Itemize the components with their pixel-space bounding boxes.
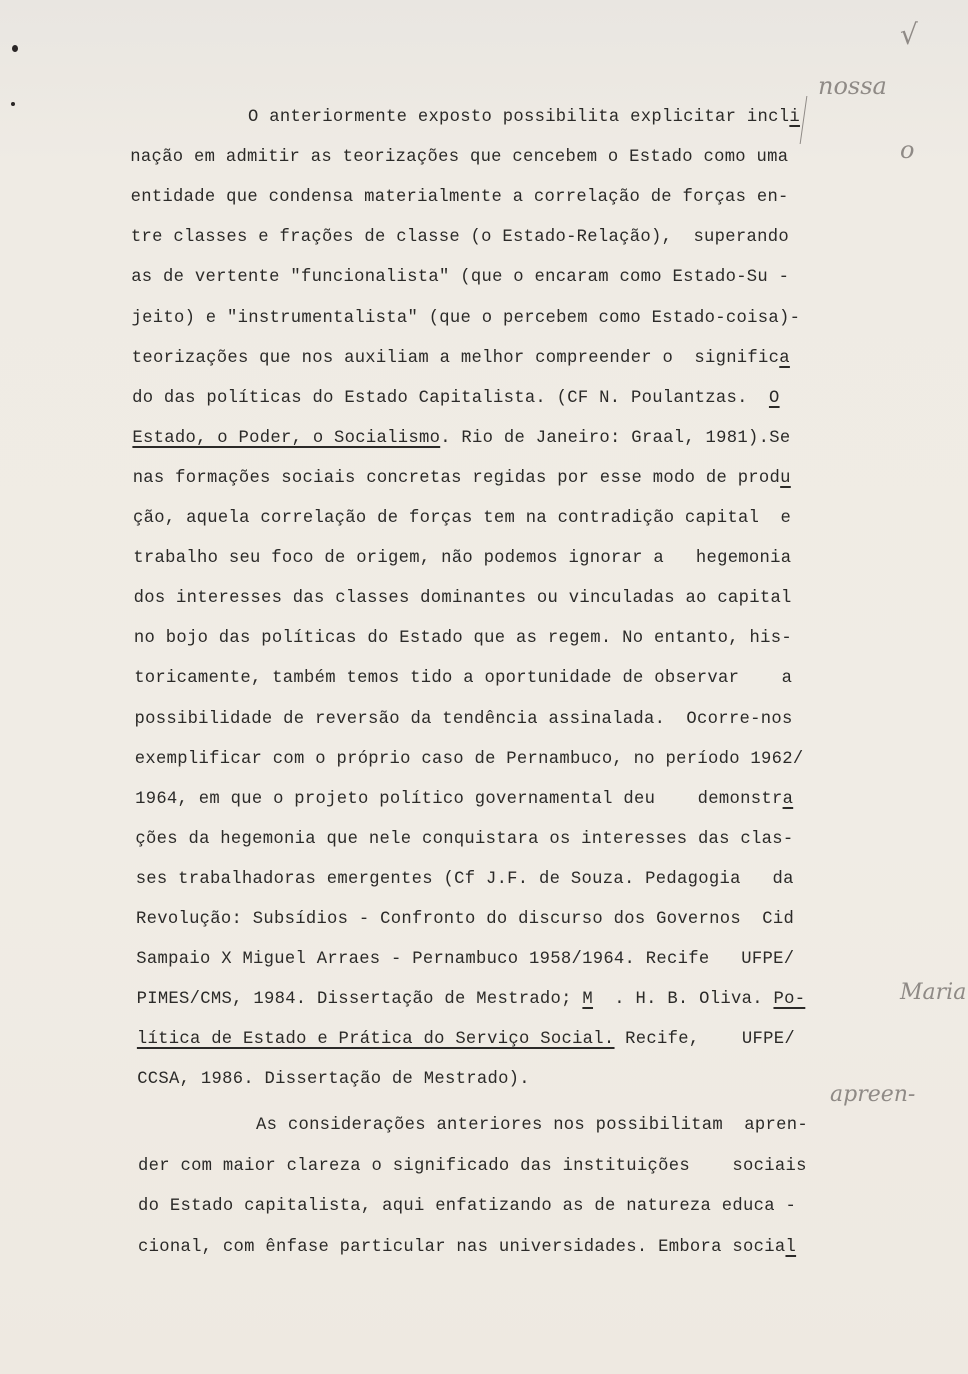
text-line: as de vertente "funcionalista" (que o en… <box>131 268 789 288</box>
text-line: teorizações que nos auxiliam a melhor co… <box>132 349 790 369</box>
text-segment: do Estado capitalista, aqui enfatizando … <box>138 1197 796 1216</box>
text-segment: O anteriormente exposto possibilita expl… <box>248 108 747 127</box>
text-line: ções da hegemonia que nele conquistara o… <box>135 830 793 850</box>
underlined-text: l <box>785 1238 796 1257</box>
text-line: possibilidade de reversão da tendência a… <box>135 710 793 730</box>
text-segment: ções da hegemonia que nele conquistara o… <box>135 830 793 849</box>
binder-hole-mark <box>12 45 18 52</box>
text-segment: ses trabalhadoras emergentes (Cf J.F. de… <box>136 870 794 889</box>
text-line: Sampaio X Miguel Arraes - Pernambuco 195… <box>136 950 794 970</box>
text-segment: Sampaio X Miguel Arraes - Pernambuco 195… <box>136 950 794 969</box>
underlined-text: u <box>780 469 791 488</box>
text-line: trabalho seu foco de origem, não podemos… <box>133 549 791 569</box>
text-segment: 1964, em que o projeto político governam… <box>135 790 782 809</box>
text-segment: toricamente, também temos tido a oportun… <box>134 669 792 688</box>
text-segment: jeito) e "instrumentalista" (que o perce… <box>132 309 801 328</box>
text-segment: cional, com ênfase particular nas univer… <box>138 1238 785 1257</box>
text-segment: trabalho seu foco de origem, não podemos… <box>133 549 791 568</box>
text-segment: As considerações anteriores nos possibil… <box>256 1116 808 1135</box>
text-line: no bojo das políticas do Estado que as r… <box>134 629 792 649</box>
text-segment: Revolução: Subsídios - Confronto do disc… <box>136 910 794 929</box>
handwritten-maria: Maria <box>900 980 966 1005</box>
handwritten-o-correction: o <box>900 136 914 164</box>
text-segment: as de vertente "funcionalista" (que o en… <box>131 268 789 287</box>
handwritten-nossa: nossa <box>818 72 887 100</box>
text-line: cional, com ênfase particular nas univer… <box>138 1238 796 1258</box>
text-segment: nação em admitir as teorizações que cenc… <box>130 148 788 167</box>
text-segment: possibilidade de reversão da tendência a… <box>135 710 793 729</box>
text-segment: . Rio de Janeiro: Graal, 1981).Se <box>440 429 790 448</box>
text-line: ses trabalhadoras emergentes (Cf J.F. de… <box>136 870 794 890</box>
text-line: O anteriormente exposto possibilita expl… <box>248 108 800 128</box>
text-segment: do das políticas do Estado Capitalista. … <box>132 389 769 408</box>
text-line: der com maior clareza o significado das … <box>138 1157 807 1177</box>
text-line: lítica de Estado e Prática do Serviço So… <box>137 1030 795 1050</box>
text-segment: CCSA, 1986. Dissertação de Mestrado). <box>137 1070 530 1089</box>
text-segment: dos interesses das classes dominantes ou… <box>134 589 792 608</box>
underlined-text: lítica de Estado e Prática do Serviço So… <box>137 1030 615 1049</box>
text-line: do das políticas do Estado Capitalista. … <box>132 389 779 409</box>
text-line: Revolução: Subsídios - Confronto do disc… <box>136 910 794 930</box>
text-segment: teorizações que nos auxiliam a melhor co… <box>132 349 779 368</box>
insertion-caret <box>800 96 808 144</box>
text-segment: exemplificar com o próprio caso de Perna… <box>135 750 804 769</box>
text-segment: nas formações sociais concretas regidas … <box>133 469 780 488</box>
text-segment: tre classes e frações de classe (o Estad… <box>131 228 789 247</box>
text-line: ção, aquela correlação de forças tem na … <box>133 509 791 529</box>
text-line: dos interesses das classes dominantes ou… <box>134 589 792 609</box>
text-segment: Recife, UFPE/ <box>615 1030 795 1049</box>
text-line: 1964, em que o projeto político governam… <box>135 790 793 810</box>
text-line: tre classes e frações de classe (o Estad… <box>131 228 789 248</box>
text-segment: incl <box>747 108 789 127</box>
text-segment: ção, aquela correlação de forças tem na … <box>133 509 791 528</box>
handwritten-apreen: apreen- <box>830 1082 915 1107</box>
text-line: jeito) e "instrumentalista" (que o perce… <box>132 309 801 329</box>
underlined-text: i <box>789 108 800 127</box>
text-line: PIMES/CMS, 1984. Dissertação de Mestrado… <box>137 990 806 1010</box>
text-line: toricamente, também temos tido a oportun… <box>134 669 792 689</box>
text-line: nação em admitir as teorizações que cenc… <box>130 148 788 168</box>
text-line: entidade que condensa materialmente a co… <box>131 188 789 208</box>
text-line: exemplificar com o próprio caso de Perna… <box>135 750 804 770</box>
text-segment: entidade que condensa materialmente a co… <box>131 188 789 207</box>
text-segment: der com maior clareza o significado das … <box>138 1157 807 1176</box>
text-line: As considerações anteriores nos possibil… <box>256 1116 808 1136</box>
underlined-text: a <box>783 790 794 809</box>
underlined-text: a <box>779 349 790 368</box>
underlined-text: Estado, o Poder, o Socialismo <box>132 429 440 448</box>
binder-hole-mark <box>11 102 15 106</box>
check-mark-annotation: √ <box>900 18 918 51</box>
text-line: Estado, o Poder, o Socialismo. Rio de Ja… <box>132 429 790 449</box>
text-segment: . H. B. Oliva. <box>593 990 773 1009</box>
text-line: nas formações sociais concretas regidas … <box>133 469 791 489</box>
text-segment: PIMES/CMS, 1984. Dissertação de Mestrado… <box>137 990 583 1009</box>
text-line: do Estado capitalista, aqui enfatizando … <box>138 1197 796 1217</box>
underlined-text: Po- <box>773 990 805 1009</box>
underlined-text: O <box>769 389 780 408</box>
text-line: CCSA, 1986. Dissertação de Mestrado). <box>137 1070 530 1090</box>
text-segment: no bojo das políticas do Estado que as r… <box>134 629 792 648</box>
underlined-text: M <box>582 990 593 1009</box>
